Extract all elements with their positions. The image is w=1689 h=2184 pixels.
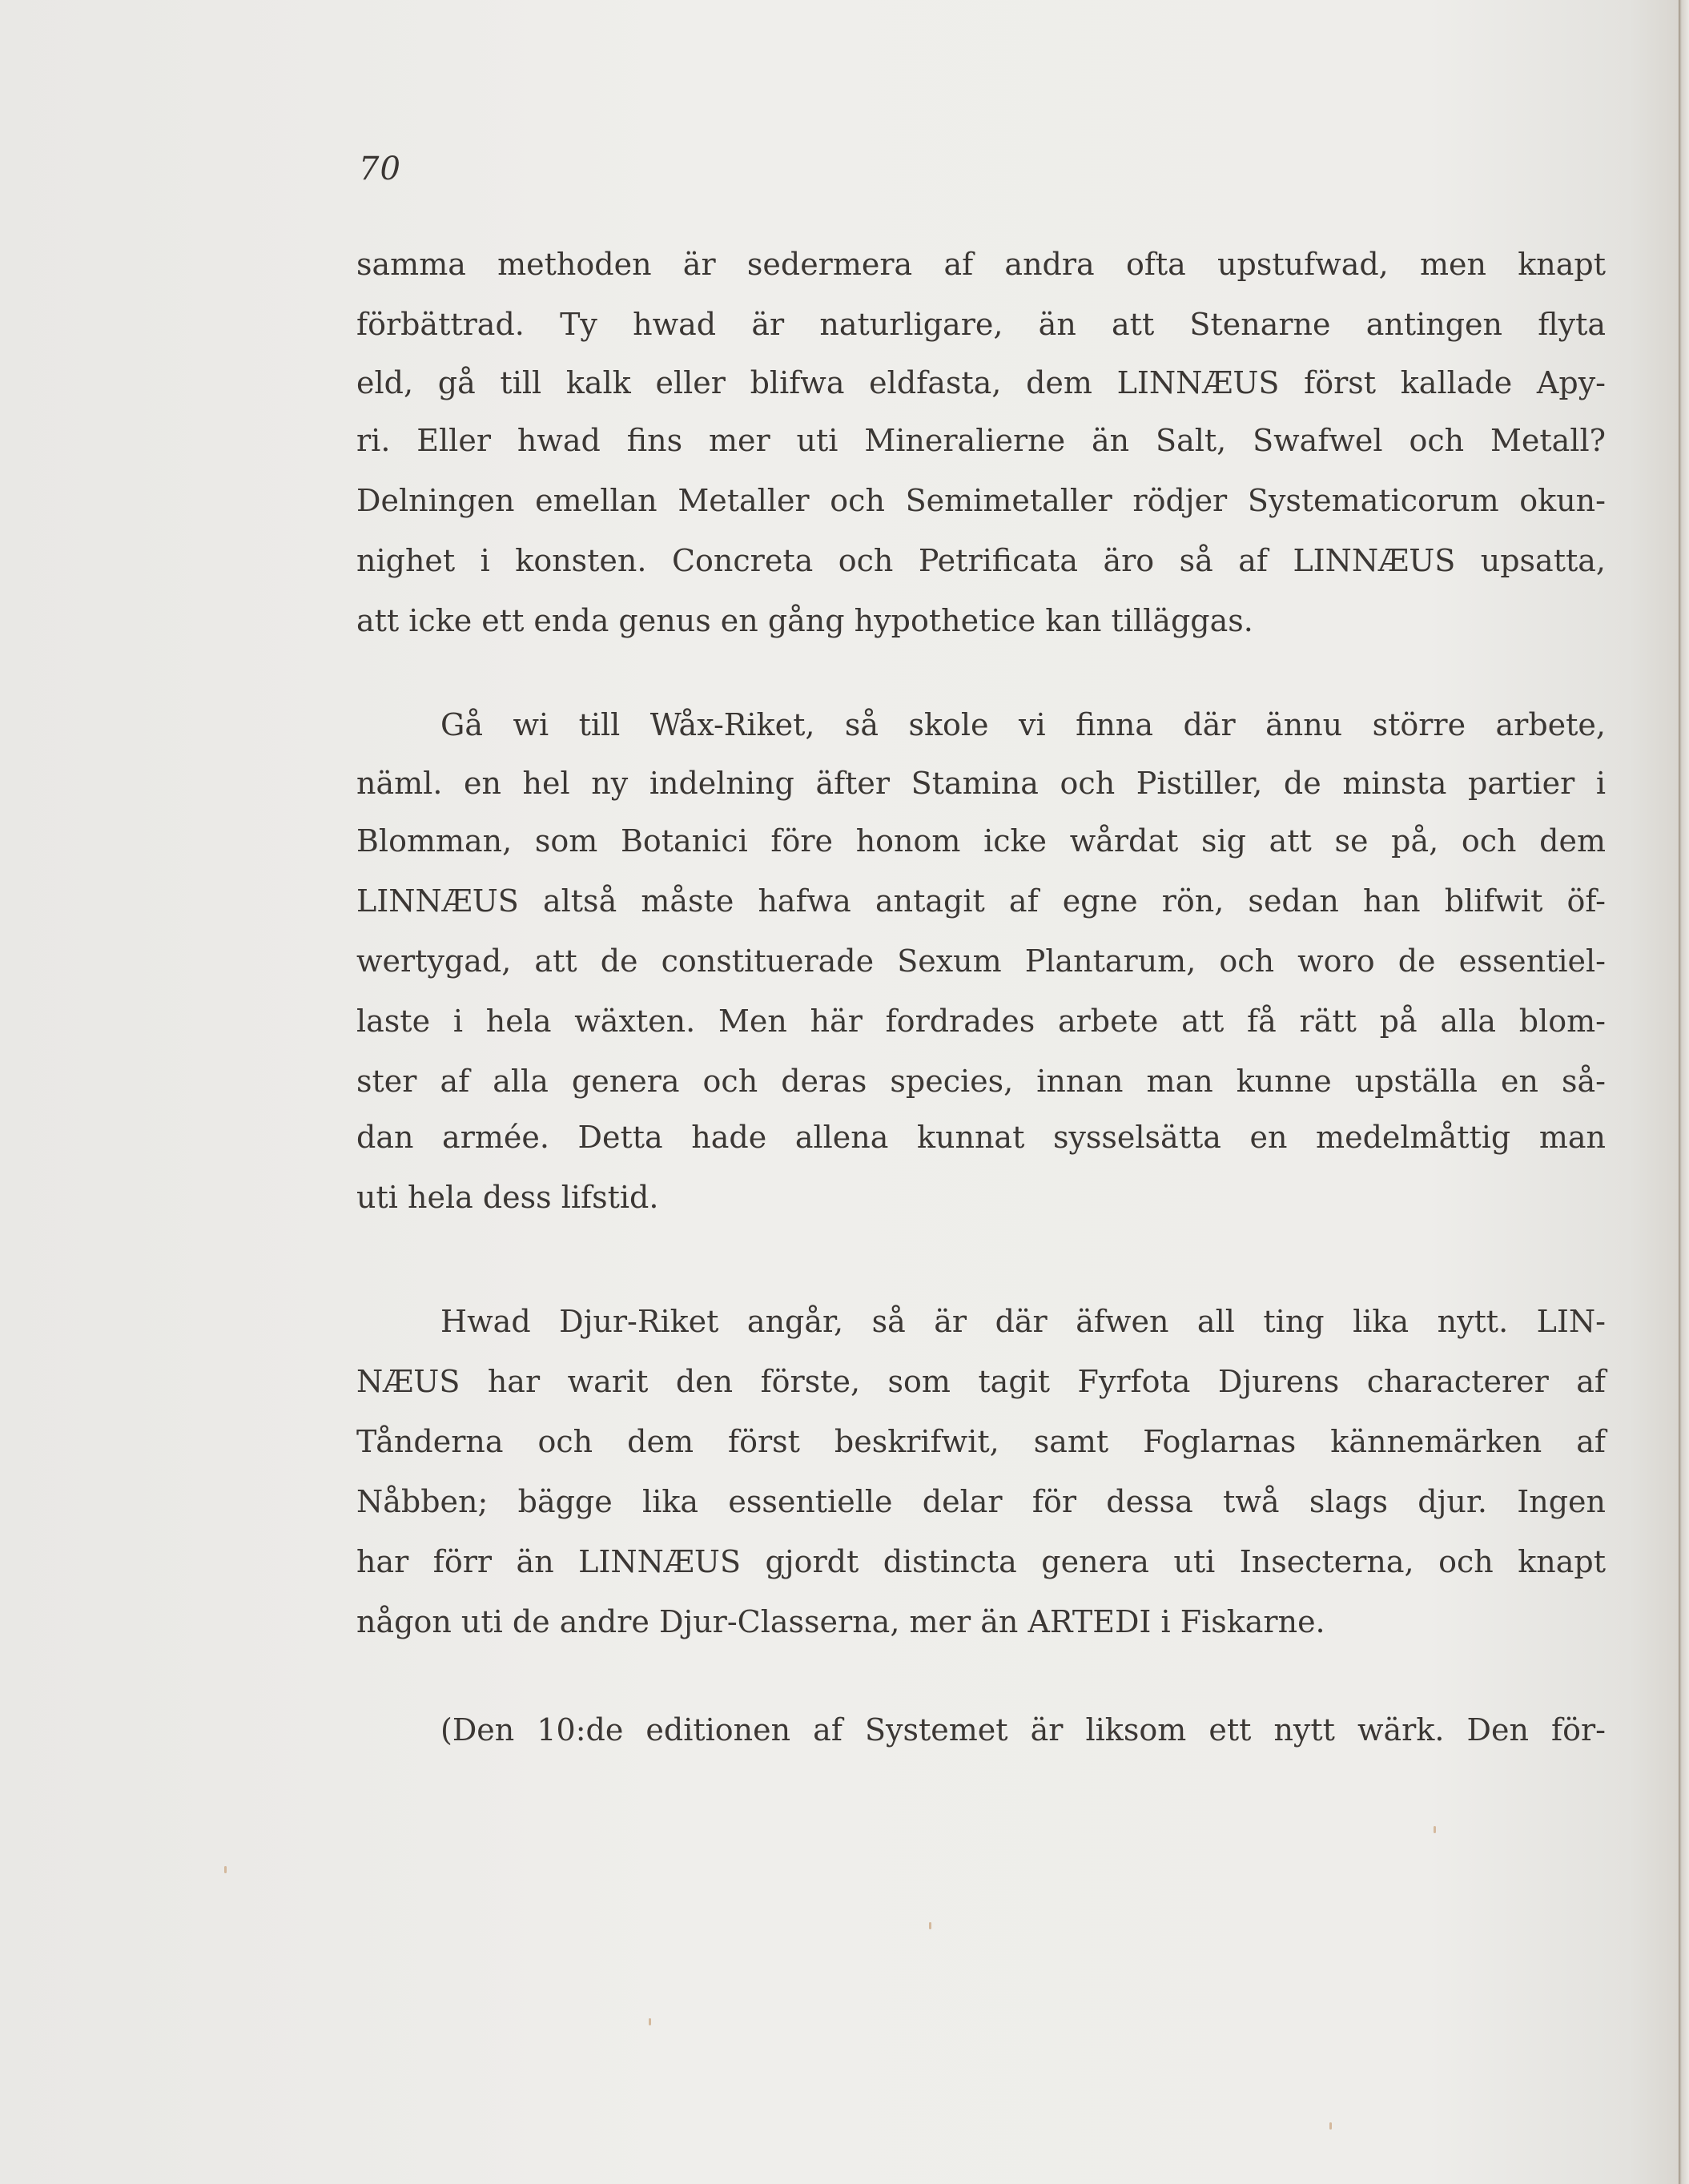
- text-line: förbättrad. Ty hwad är naturligare, än a…: [356, 300, 1606, 348]
- paper-speck: [224, 1866, 227, 1873]
- paper-speck: [1434, 1826, 1436, 1833]
- page-number: 70: [359, 151, 401, 187]
- text-line: Tånderna och dem först beskrifwit, samt …: [356, 1418, 1606, 1466]
- text-line: Nåbben; bägge lika essentielle delar för…: [356, 1478, 1606, 1526]
- text-line: ster af alla genera och deras species, i…: [356, 1057, 1606, 1105]
- text-line: Hwad Djur-Riket angår, så är där äfwen a…: [440, 1297, 1606, 1345]
- text-line: att icke ett enda genus en gång hypothet…: [356, 597, 1606, 645]
- text-line: nighet i konsten. Concreta och Petrifica…: [356, 537, 1606, 585]
- text-line: ri. Eller hwad fins mer uti Mineralierne…: [356, 416, 1606, 465]
- text-line: (Den 10:de editionen af Systemet är liks…: [440, 1706, 1606, 1754]
- text-line: någon uti de andre Djur-Classerna, mer ä…: [356, 1598, 1606, 1646]
- text-line: samma methoden är sedermera af andra oft…: [356, 240, 1606, 288]
- text-line: Gå wi till Wåx-Riket, så skole vi finna …: [440, 701, 1606, 749]
- text-line: uti hela dess lifstid.: [356, 1173, 1606, 1221]
- paper-speck: [929, 1922, 931, 1929]
- text-line: Blomman, som Botanici före honom icke wå…: [356, 817, 1606, 865]
- text-line: Delningen emellan Metaller och Semimetal…: [356, 477, 1606, 525]
- text-line: har förr än LINNÆUS gjordt distincta gen…: [356, 1538, 1606, 1586]
- text-line: näml. en hel ny indelning äfter Stamina …: [356, 759, 1606, 807]
- text-line: NÆUS har warit den förste, som tagit Fyr…: [356, 1357, 1606, 1406]
- text-line: dan armée. Detta hade allena kunnat syss…: [356, 1113, 1606, 1161]
- text-line: laste i hela wäxten. Men här fordrades a…: [356, 997, 1606, 1045]
- page-edge: [1679, 0, 1689, 2184]
- text-line: wertygad, att de constituerade Sexum Pla…: [356, 937, 1606, 985]
- paper-speck: [1329, 2122, 1332, 2130]
- text-line: LINNÆUS altså måste hafwa antagit af egn…: [356, 877, 1606, 925]
- paper-speck: [649, 2018, 651, 2025]
- text-line: eld, gå till kalk eller blifwa eldfasta,…: [356, 359, 1606, 407]
